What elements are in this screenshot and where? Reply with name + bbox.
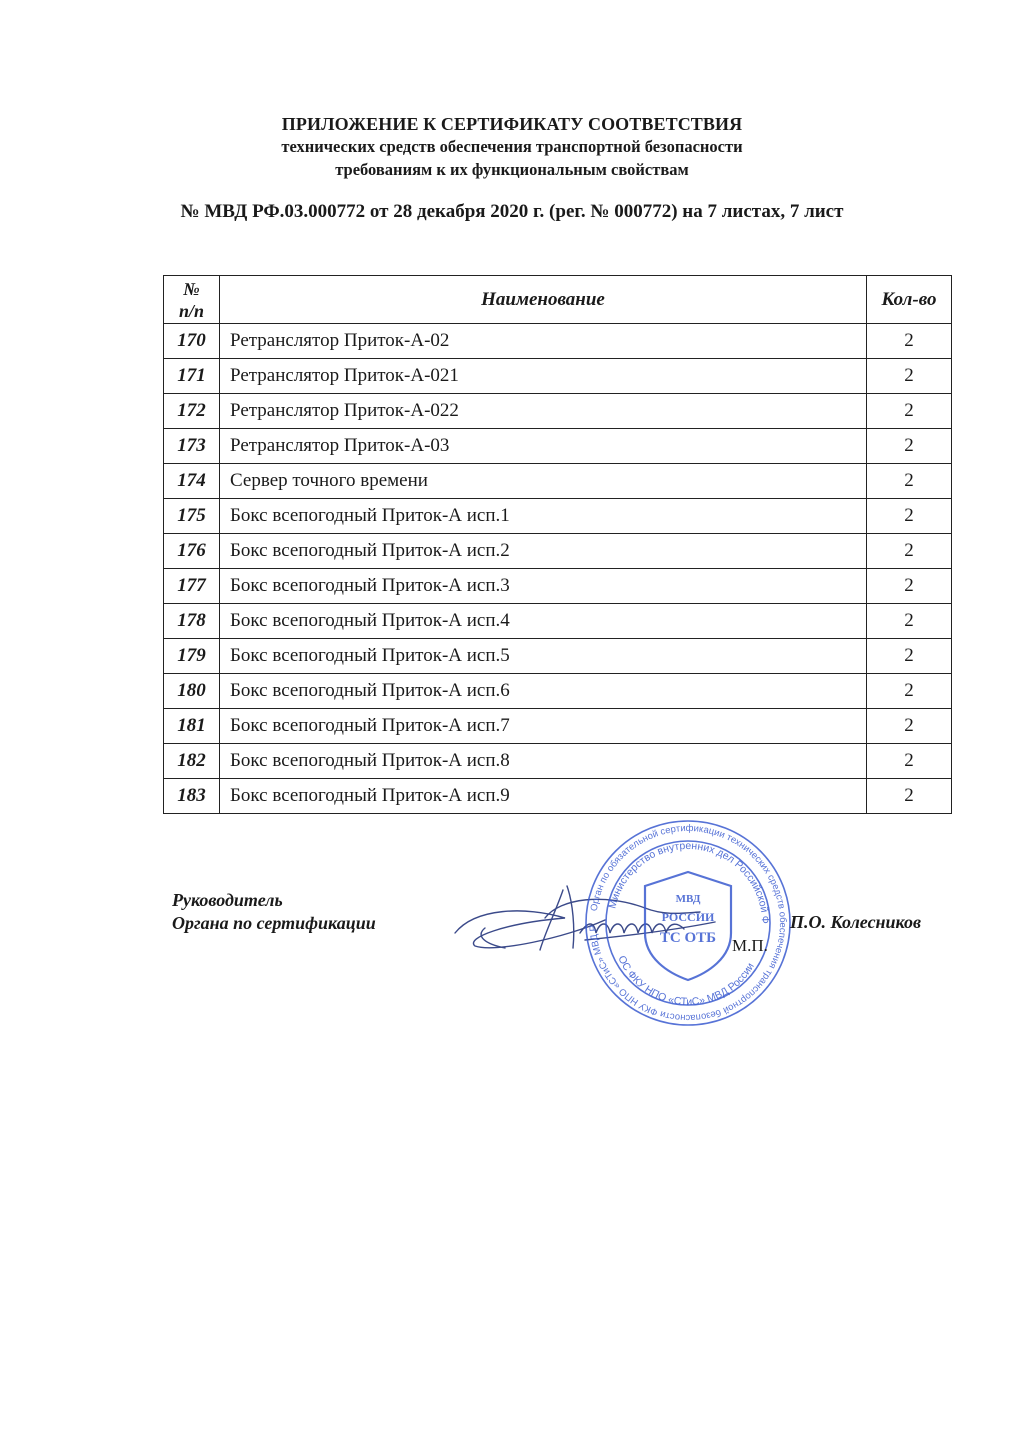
cell-number: 174 [164, 464, 220, 499]
column-header-number: № п/п [164, 276, 220, 324]
cell-name: Бокс всепогодный Приток-А исп.7 [220, 709, 867, 744]
table-row: 181Бокс всепогодный Приток-А исп.72 [164, 709, 952, 744]
table-row: 171Ретранслятор Приток-А-0212 [164, 359, 952, 394]
cell-number: 176 [164, 534, 220, 569]
table-row: 178Бокс всепогодный Приток-А исп.42 [164, 604, 952, 639]
cell-number: 175 [164, 499, 220, 534]
cell-name: Ретранслятор Приток-А-03 [220, 429, 867, 464]
table-row: 180Бокс всепогодный Приток-А исп.62 [164, 674, 952, 709]
cell-qty: 2 [867, 464, 952, 499]
cell-number: 172 [164, 394, 220, 429]
table-row: 174Сервер точного времени2 [164, 464, 952, 499]
signatory-role-line1: Руководитель [172, 889, 376, 912]
column-header-qty: Кол-во [867, 276, 952, 324]
column-header-name: Наименование [220, 276, 867, 324]
cell-name: Бокс всепогодный Приток-А исп.5 [220, 639, 867, 674]
cell-number: 170 [164, 324, 220, 359]
cell-name: Бокс всепогодный Приток-А исп.3 [220, 569, 867, 604]
cell-qty: 2 [867, 499, 952, 534]
table-row: 183Бокс всепогодный Приток-А исп.92 [164, 779, 952, 814]
column-header-number-line2: п/п [179, 301, 204, 321]
cell-qty: 2 [867, 604, 952, 639]
cell-number: 180 [164, 674, 220, 709]
certificate-number: № МВД РФ.03.000772 от 28 декабря 2020 г.… [0, 201, 1024, 223]
cell-number: 183 [164, 779, 220, 814]
stamp-shield-line2: РОССИИ [662, 910, 715, 924]
cell-qty: 2 [867, 779, 952, 814]
table-row: 176Бокс всепогодный Приток-А исп.22 [164, 534, 952, 569]
document-subtitle-line2: требованиям к их функциональным свойства… [0, 160, 1024, 180]
cell-name: Ретранслятор Приток-А-022 [220, 394, 867, 429]
stamp-shield-line1: МВД [676, 893, 701, 905]
cell-name: Сервер точного времени [220, 464, 867, 499]
cell-qty: 2 [867, 709, 952, 744]
cell-qty: 2 [867, 394, 952, 429]
signatory-role-line2: Органа по сертификации [172, 912, 376, 935]
cell-qty: 2 [867, 569, 952, 604]
table-row: 173Ретранслятор Приток-А-032 [164, 429, 952, 464]
table-row: 172Ретранслятор Приток-А-0222 [164, 394, 952, 429]
cell-qty: 2 [867, 359, 952, 394]
items-table: № п/п Наименование Кол-во 170Ретранслято… [163, 275, 952, 814]
document-title: ПРИЛОЖЕНИЕ К СЕРТИФИКАТУ СООТВЕТСТВИЯ [0, 114, 1024, 135]
cell-name: Бокс всепогодный Приток-А исп.2 [220, 534, 867, 569]
cell-name: Бокс всепогодный Приток-А исп.6 [220, 674, 867, 709]
document-subtitle-line1: технических средств обеспечения транспор… [0, 137, 1024, 157]
cell-name: Ретранслятор Приток-А-021 [220, 359, 867, 394]
seal-mark: М.П. [732, 936, 768, 956]
column-header-number-line1: № [183, 279, 199, 299]
cell-name: Бокс всепогодный Приток-А исп.4 [220, 604, 867, 639]
cell-qty: 2 [867, 674, 952, 709]
cell-number: 178 [164, 604, 220, 639]
signatory-role: Руководитель Органа по сертификации [172, 889, 376, 935]
cell-qty: 2 [867, 429, 952, 464]
cell-name: Ретранслятор Приток-А-02 [220, 324, 867, 359]
table-row: 182Бокс всепогодный Приток-А исп.82 [164, 744, 952, 779]
table-row: 175Бокс всепогодный Приток-А исп.12 [164, 499, 952, 534]
cell-number: 171 [164, 359, 220, 394]
table-row: 170Ретранслятор Приток-А-022 [164, 324, 952, 359]
cell-name: Бокс всепогодный Приток-А исп.9 [220, 779, 867, 814]
table-row: 177Бокс всепогодный Приток-А исп.32 [164, 569, 952, 604]
cell-qty: 2 [867, 639, 952, 674]
cell-number: 181 [164, 709, 220, 744]
table-row: 179Бокс всепогодный Приток-А исп.52 [164, 639, 952, 674]
table-header-row: № п/п Наименование Кол-во [164, 276, 952, 324]
cell-number: 173 [164, 429, 220, 464]
cell-name: Бокс всепогодный Приток-А исп.1 [220, 499, 867, 534]
cell-qty: 2 [867, 744, 952, 779]
cell-qty: 2 [867, 324, 952, 359]
cell-name: Бокс всепогодный Приток-А исп.8 [220, 744, 867, 779]
cell-qty: 2 [867, 534, 952, 569]
cell-number: 177 [164, 569, 220, 604]
cell-number: 182 [164, 744, 220, 779]
cell-number: 179 [164, 639, 220, 674]
stamp-shield-line3: ТС ОТБ [660, 930, 716, 946]
signatory-name: П.О. Колесников [790, 912, 921, 933]
certification-stamp: Орган по обязательной сертификации техни… [583, 818, 793, 1028]
